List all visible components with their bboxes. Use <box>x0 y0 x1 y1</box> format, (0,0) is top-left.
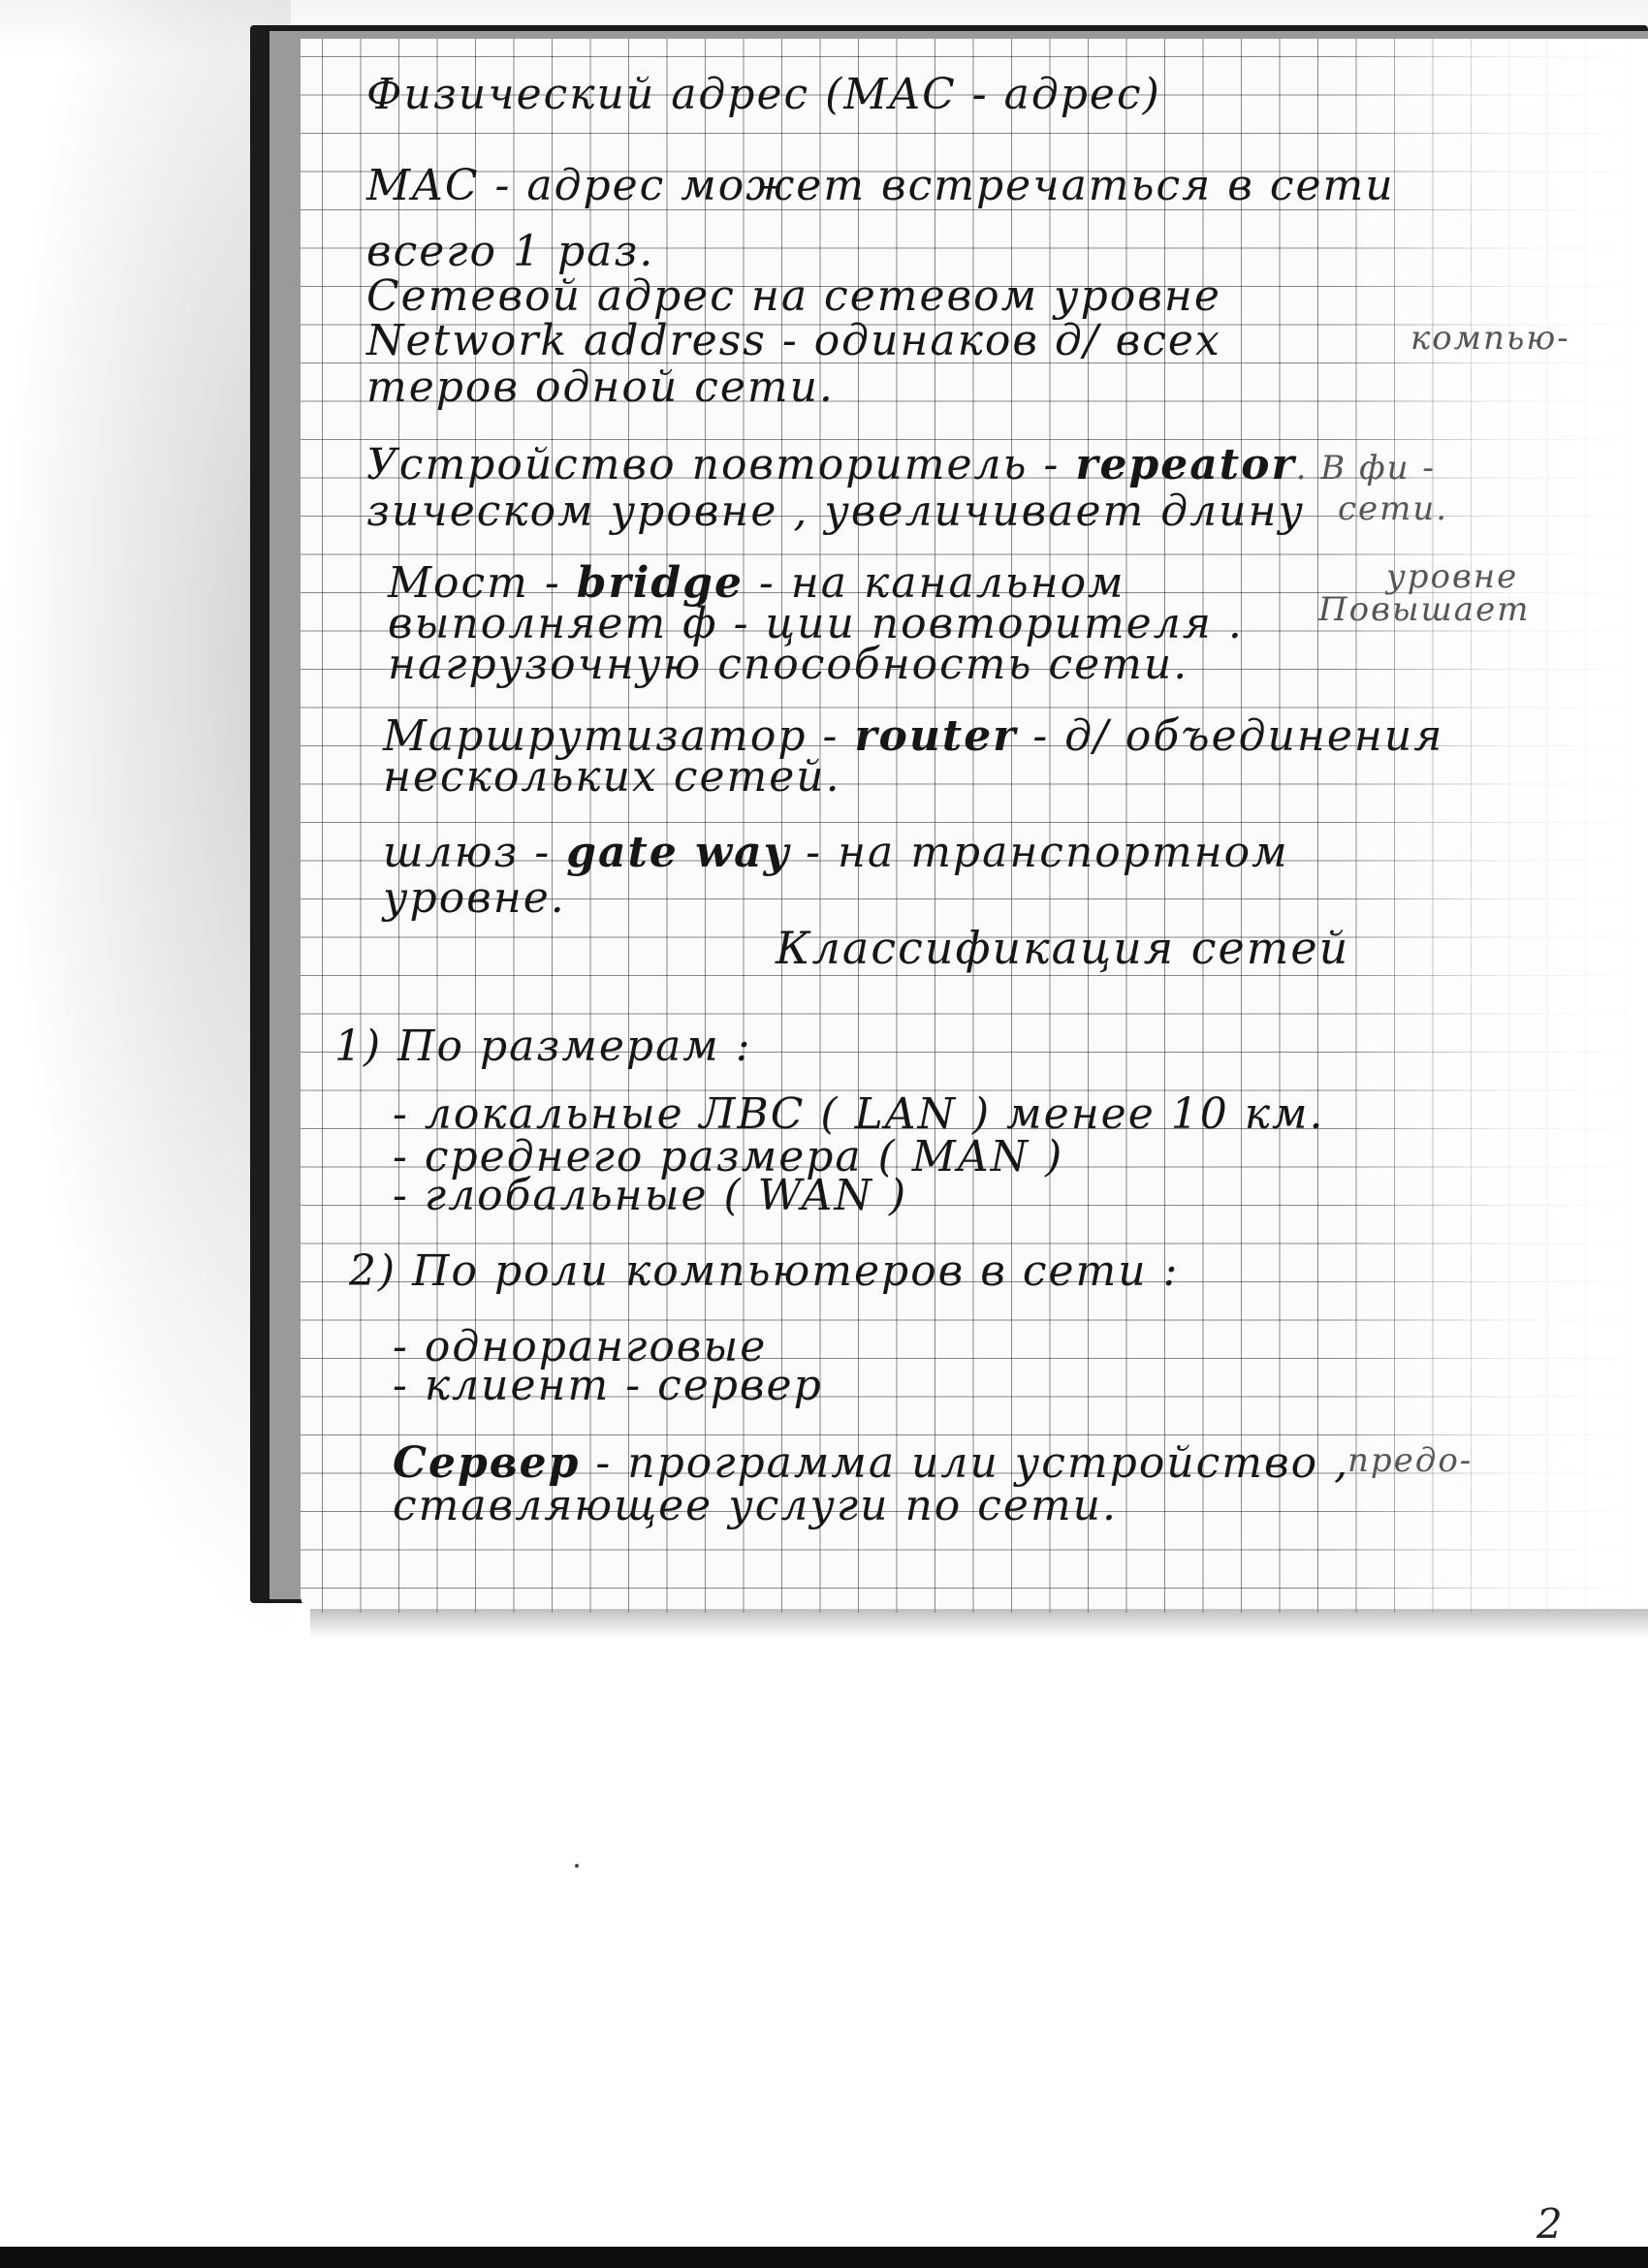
list-item: - клиент - сервер <box>393 1365 823 1407</box>
scan-speck <box>575 1864 579 1868</box>
text-fragment: . В фи - <box>1296 449 1436 488</box>
term-repeator: repeator <box>1075 440 1295 489</box>
text-line: уровне. <box>383 877 566 920</box>
text-line: ставляющее услуги по сети. <box>393 1485 1118 1528</box>
heading-physical-address: Физический адрес (MAC - адрес) <box>366 74 1161 116</box>
text-line-margin: сети. <box>1338 492 1448 525</box>
scan-shadow-left <box>0 0 291 1648</box>
list-heading-by-role: 2) По роли компьютеров в сети : <box>349 1250 1179 1293</box>
page-fade <box>1338 39 1648 1613</box>
text-fragment: - на транспортном <box>790 828 1288 877</box>
text-line: MAC - адрес может встречаться в сети <box>366 165 1395 207</box>
text-line-gateway: шлюз - gate way - на транспортном <box>383 832 1289 874</box>
term-router: router <box>854 711 1017 761</box>
text-line: всего 1 раз. <box>366 231 654 273</box>
text-line-server: Сервер - программа или устройство , <box>393 1442 1349 1485</box>
text-line-margin: Повышает <box>1318 593 1530 626</box>
text-fragment: шлюз - <box>383 828 566 877</box>
text-line: зическом уровне , увеличивает длину <box>366 490 1305 533</box>
text-line: Сетевой адрес на сетевом уровне <box>366 275 1221 318</box>
list-heading-by-size: 1) По размерам : <box>334 1025 752 1068</box>
list-item: - глобальные ( WAN ) <box>393 1175 907 1217</box>
term-gateway: gate way <box>566 828 790 877</box>
text-line: Network address - одинаков д/ всех <box>366 320 1221 362</box>
text-line-margin: уровне <box>1386 560 1518 593</box>
text-line-repeater: Устройство повторитель - repeator. В фи … <box>366 444 1436 487</box>
heading-network-classification: Классификация сетей <box>776 926 1349 970</box>
page-number: 2 <box>1537 2200 1563 2248</box>
text-fragment: Устройство повторитель - <box>366 440 1075 489</box>
list-item: - локальные ЛВС ( LAN ) менее 10 км. <box>393 1093 1324 1136</box>
text-line: нескольких сетей. <box>383 756 841 799</box>
scan-bottom-edge <box>0 2247 1648 2268</box>
page-bottom-shadow <box>310 1609 1648 1638</box>
text-line: нагрузочную способность сети. <box>388 644 1188 686</box>
text-line-margin: компью- <box>1410 322 1570 355</box>
text-line-margin: предо- <box>1347 1444 1473 1477</box>
text-fragment: - д/ объединения <box>1017 711 1443 761</box>
text-line: теров одной сети. <box>366 366 835 409</box>
